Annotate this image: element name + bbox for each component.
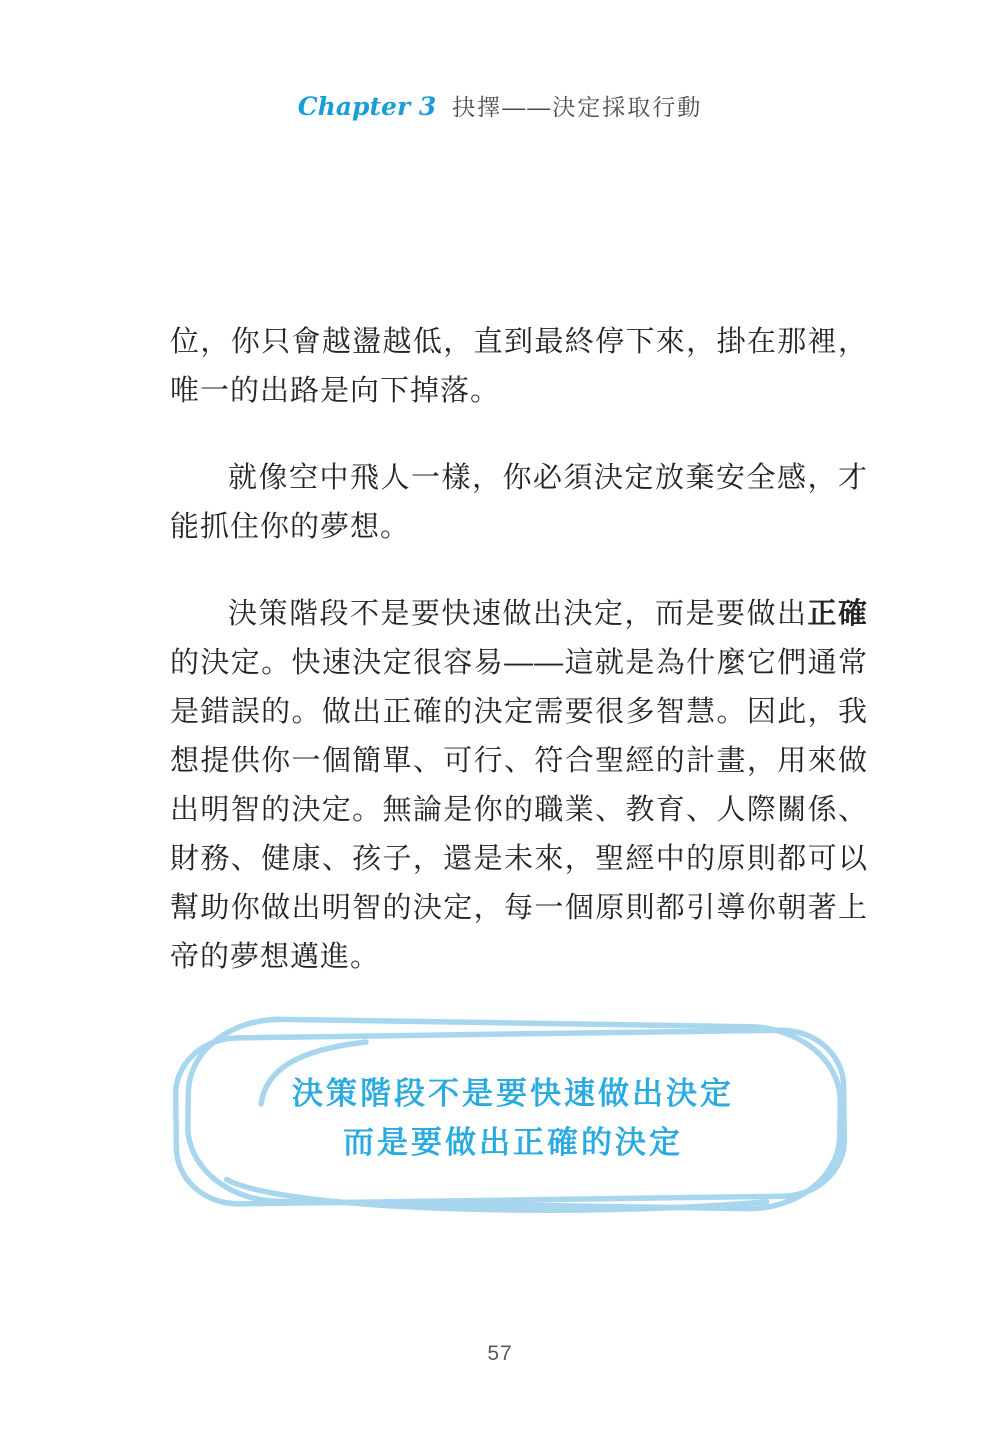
callout-quote: 決策階段不是要快速做出決定 而是要做出正確的決定 — [166, 1069, 860, 1167]
paragraph-continued: 位，你只會越盪越低，直到最終停下來，掛在那裡，唯一的出路是向下掉落。 — [170, 318, 868, 416]
paragraph: 就像空中飛人一樣，你必須決定放棄安全感，才能抓住你的夢想。 — [170, 454, 868, 552]
body-text: 位，你只會越盪越低，直到最終停下來，掛在那裡，唯一的出路是向下掉落。 就像空中飛… — [170, 318, 868, 1020]
paragraph-text: 的決定。快速決定很容易——這就是為什麼它們通常是錯誤的。做出正確的決定需要很多智… — [170, 647, 868, 973]
paragraph-text: 決策階段不是要快速做出決定，而是要做出 — [228, 598, 807, 630]
emphasized-text: 正確 — [807, 598, 868, 630]
book-page: Chapter 3抉擇——決定採取行動 位，你只會越盪越低，直到最終停下來，掛在… — [0, 0, 1000, 1438]
callout-line-2: 而是要做出正確的決定 — [166, 1118, 860, 1167]
chapter-label: Chapter 3 — [298, 92, 436, 121]
callout-line-1: 決策階段不是要快速做出決定 — [166, 1069, 860, 1118]
page-number: 57 — [0, 1342, 1000, 1366]
quote-callout: 決策階段不是要快速做出決定 而是要做出正確的決定 — [166, 1012, 860, 1224]
chapter-title: 抉擇——決定採取行動 — [452, 94, 702, 120]
paragraph: 決策階段不是要快速做出決定，而是要做出正確的決定。快速決定很容易——這就是為什麼… — [170, 590, 868, 982]
page-header: Chapter 3抉擇——決定採取行動 — [0, 92, 1000, 126]
